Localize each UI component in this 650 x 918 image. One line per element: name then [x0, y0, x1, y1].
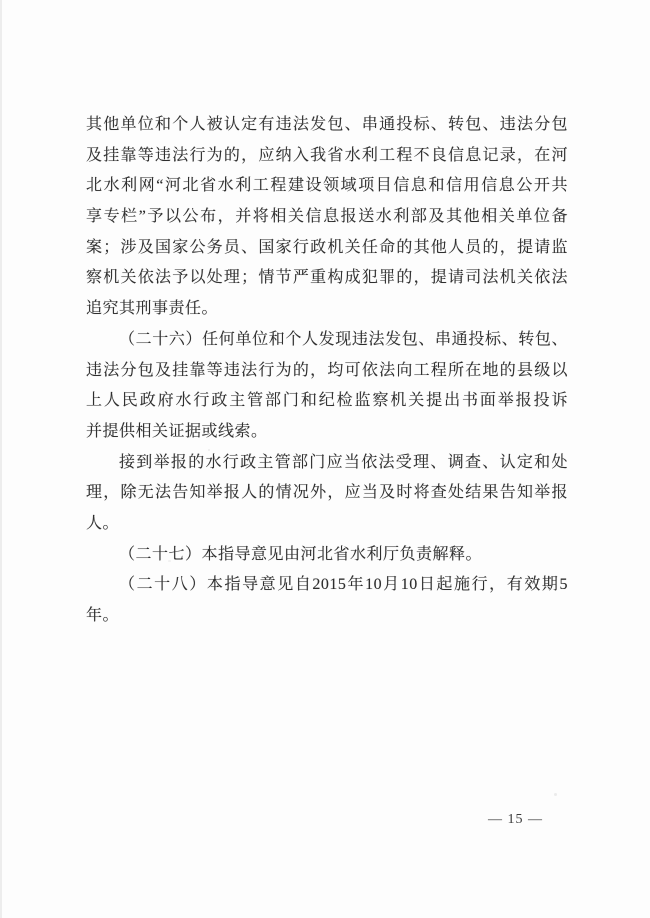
- text-line: 享专栏”予以公布，并将相关信息报送水利部及其他相关单位备: [86, 202, 568, 233]
- text-line: 察机关依法予以处理；情节严重构成犯罪的，提请司法机关依法: [86, 263, 568, 294]
- document-body: 其他单位和个人被认定有违法发包、串通投标、转包、违法分包 及挂靠等违法行为的，应…: [86, 110, 568, 632]
- text-line: （二十六）任何单位和个人发现违法发包、串通投标、转包、: [86, 325, 568, 356]
- text-line: 追究其刑事责任。: [86, 294, 568, 325]
- text-line: （二十七）本指导意见由河北省水利厅负责解释。: [86, 540, 568, 571]
- paragraph-item-28: （二十八）本指导意见自2015年10月10日起施行，有效期5 年。: [86, 570, 568, 631]
- text-line: 其他单位和个人被认定有违法发包、串通投标、转包、违法分包: [86, 110, 568, 141]
- paragraph-continuation: 其他单位和个人被认定有违法发包、串通投标、转包、违法分包 及挂靠等违法行为的，应…: [86, 110, 568, 325]
- scan-speck: [208, 449, 210, 451]
- paragraph-item-26: （二十六）任何单位和个人发现违法发包、串通投标、转包、 违法分包及挂靠等违法行为…: [86, 325, 568, 448]
- text-line: 并提供相关证据或线索。: [86, 417, 568, 448]
- text-line: 年。: [86, 601, 568, 632]
- text-line: （二十八）本指导意见自2015年10月10日起施行，有效期5: [86, 570, 568, 601]
- text-line: 案；涉及国家公务员、国家行政机关任命的其他人员的，提请监: [86, 233, 568, 264]
- text-line: 及挂靠等违法行为的，应纳入我省水利工程不良信息记录，在河: [86, 141, 568, 172]
- text-line: 接到举报的水行政主管部门应当依法受理、调查、认定和处: [86, 448, 568, 479]
- scan-edge-artifact: [0, 0, 2, 918]
- scan-speck: [554, 793, 557, 796]
- paragraph-report-handling: 接到举报的水行政主管部门应当依法受理、调查、认定和处 理，除无法告知举报人的情况…: [86, 448, 568, 540]
- document-page: 其他单位和个人被认定有违法发包、串通投标、转包、违法分包 及挂靠等违法行为的，应…: [0, 0, 650, 918]
- text-line: 北水利网“河北省水利工程建设领域项目信息和信用信息公开共: [86, 171, 568, 202]
- paragraph-item-27: （二十七）本指导意见由河北省水利厅负责解释。: [86, 540, 568, 571]
- text-line: 人。: [86, 509, 568, 540]
- scan-speck: [168, 560, 171, 562]
- text-line: 上人民政府水行政主管部门和纪检监察机关提出书面举报投诉: [86, 386, 568, 417]
- text-line: 违法分包及挂靠等违法行为的，均可依法向工程所在地的县级以: [86, 356, 568, 387]
- page-number: — 15 —: [488, 812, 558, 828]
- text-line: 理，除无法告知举报人的情况外，应当及时将查处结果告知举报: [86, 478, 568, 509]
